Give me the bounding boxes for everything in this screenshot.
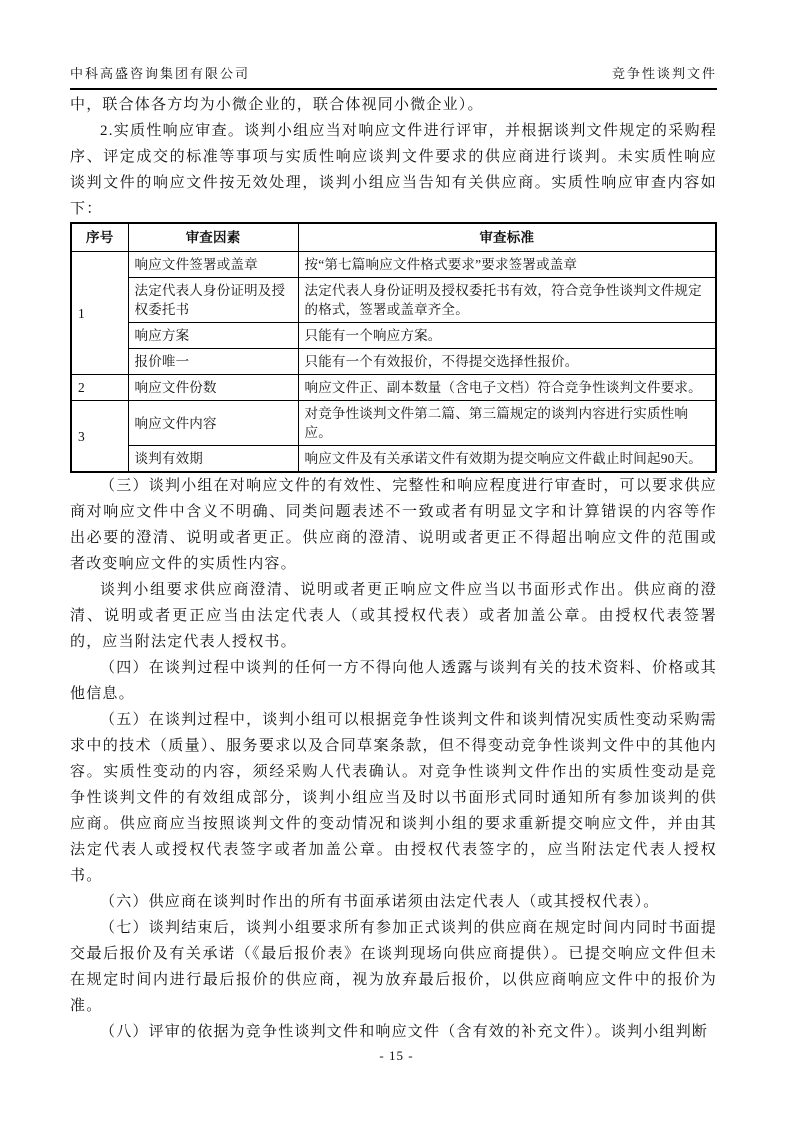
table-header-row: 序号 审查因素 审查标准: [71, 223, 716, 252]
factor-cell: 报价唯一: [128, 349, 298, 375]
paragraph-clarification: 谈判小组要求供应商澄清、说明或者更正响应文件应当以书面形式作出。供应商的澄清、说…: [70, 577, 717, 655]
header-company-name: 中科高盛咨询集团有限公司: [70, 66, 250, 82]
paragraph-substantive-review: 2.实质性响应审查。谈判小组应当对响应文件进行评审，并根据谈判文件规定的采购程序…: [70, 118, 717, 222]
seq-cell: 3: [71, 401, 128, 473]
factor-cell: 响应方案: [128, 323, 298, 349]
paragraph-item-3: （三）谈判小组在对响应文件的有效性、完整性和响应程度进行审查时，可以要求供应商对…: [70, 473, 717, 577]
page-header: 中科高盛咨询集团有限公司 竞争性谈判文件: [70, 66, 717, 90]
standard-cell: 对竞争性谈判文件第二篇、第三篇规定的谈判内容进行实质性响应。: [298, 401, 716, 446]
factor-cell: 法定代表人身份证明及授权委托书: [128, 278, 298, 323]
column-header-standard: 审查标准: [298, 223, 716, 252]
factor-cell: 响应文件份数: [128, 375, 298, 401]
paragraph-continuation: 中，联合体各方均为小微企业的，联合体视同小微企业）。: [70, 92, 717, 118]
header-doc-type: 竞争性谈判文件: [612, 66, 717, 82]
document-body: 中，联合体各方均为小微企业的，联合体视同小微企业）。 2.实质性响应审查。谈判小…: [70, 90, 717, 1045]
review-criteria-table: 序号 审查因素 审查标准 1 响应文件签署或盖章 按“第七篇响应文件格式要求”要…: [70, 222, 717, 473]
paragraph-item-7: （七）谈判结束后，谈判小组要求所有参加正式谈判的供应商在规定时间内同时书面提交最…: [70, 915, 717, 1019]
standard-cell: 只能有一个响应方案。: [298, 323, 716, 349]
table-row: 法定代表人身份证明及授权委托书 法定代表人身份证明及授权委托书有效，符合竞争性谈…: [71, 278, 716, 323]
seq-cell: 1: [71, 252, 128, 375]
standard-cell: 按“第七篇响应文件格式要求”要求签署或盖章: [298, 252, 716, 278]
paragraph-item-5: （五）在谈判过程中，谈判小组可以根据竞争性谈判文件和谈判情况实质性变动采购需求中…: [70, 707, 717, 889]
seq-cell: 2: [71, 375, 128, 401]
table-row: 报价唯一 只能有一个有效报价，不得提交选择性报价。: [71, 349, 716, 375]
paragraph-item-6: （六）供应商在谈判时作出的所有书面承诺须由法定代表人（或其授权代表）。: [70, 889, 717, 915]
table-row: 3 响应文件内容 对竞争性谈判文件第二篇、第三篇规定的谈判内容进行实质性响应。: [71, 401, 716, 446]
table-row: 2 响应文件份数 响应文件正、副本数量（含电子文档）符合竞争性谈判文件要求。: [71, 375, 716, 401]
paragraph-item-8: （八）评审的依据为竞争性谈判文件和响应文件（含有效的补充文件）。谈判小组判断: [70, 1019, 717, 1045]
factor-cell: 响应文件内容: [128, 401, 298, 446]
standard-cell: 只能有一个有效报价，不得提交选择性报价。: [298, 349, 716, 375]
standard-cell: 响应文件及有关承诺文件有效期为提交响应文件截止时间起90天。: [298, 446, 716, 473]
document-page: 中科高盛咨询集团有限公司 竞争性谈判文件 中，联合体各方均为小微企业的，联合体视…: [0, 0, 793, 1122]
page-content: 中科高盛咨询集团有限公司 竞争性谈判文件 中，联合体各方均为小微企业的，联合体视…: [70, 66, 717, 1045]
table-row: 1 响应文件签署或盖章 按“第七篇响应文件格式要求”要求签署或盖章: [71, 252, 716, 278]
standard-cell: 响应文件正、副本数量（含电子文档）符合竞争性谈判文件要求。: [298, 375, 716, 401]
table-row: 响应方案 只能有一个响应方案。: [71, 323, 716, 349]
column-header-seq: 序号: [71, 223, 128, 252]
factor-cell: 谈判有效期: [128, 446, 298, 473]
column-header-factor: 审查因素: [128, 223, 298, 252]
standard-cell: 法定代表人身份证明及授权委托书有效，符合竞争性谈判文件规定的格式，签署或盖章齐全…: [298, 278, 716, 323]
page-number: - 15 -: [0, 1048, 793, 1064]
table-row: 谈判有效期 响应文件及有关承诺文件有效期为提交响应文件截止时间起90天。: [71, 446, 716, 473]
factor-cell: 响应文件签署或盖章: [128, 252, 298, 278]
paragraph-item-4: （四）在谈判过程中谈判的任何一方不得向他人透露与谈判有关的技术资料、价格或其他信…: [70, 655, 717, 707]
